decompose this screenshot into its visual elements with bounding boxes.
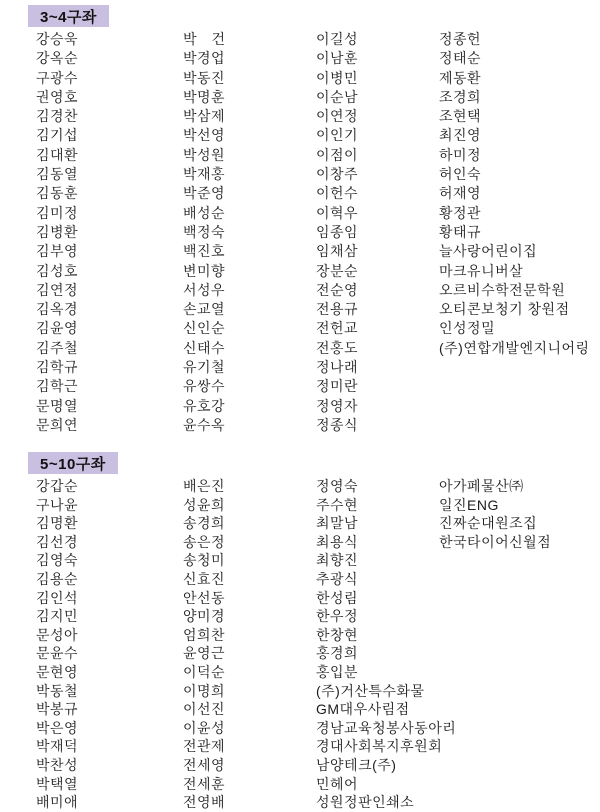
name-list-item: 김선경	[36, 533, 181, 552]
section-5-10-name-column-2: 배은진성윤희송경희송은정송청미신효진안선동양미경엄희찬윤영근이덕순이명희이선진이…	[183, 477, 313, 812]
name-list-item: 성원정판인쇄소	[316, 793, 476, 812]
name-list-item: 오티콘보청기 창원점	[439, 300, 599, 319]
name-list-item: 강승욱	[36, 30, 181, 49]
name-list-item: 남양테크(주)	[316, 756, 476, 775]
name-list-item: 일진ENG	[439, 496, 599, 515]
name-list-item: 한우정	[316, 607, 476, 626]
name-list-item: 경남교육청봉사동아리	[316, 719, 476, 738]
name-list-item: 전관제	[183, 737, 313, 756]
section-5-10-name-column-4: 아가페물산㈜일진ENG진짜순대원조집한국타이어신월점	[439, 477, 599, 551]
name-list-item: 정태순	[439, 49, 599, 68]
name-list-item: 김병환	[36, 223, 181, 242]
name-list-item: 허재영	[439, 184, 599, 203]
name-list-item: 백진호	[183, 242, 313, 261]
name-list-item: 김윤영	[36, 319, 181, 338]
name-list-item: 문명열	[36, 397, 181, 416]
name-list-item: 김성호	[36, 262, 181, 281]
section-3-4-accounts-header: 3~4구좌	[28, 5, 109, 27]
name-list-item: 조현택	[439, 107, 599, 126]
name-list-item: 엄희찬	[183, 626, 313, 645]
name-list-item: 박동철	[36, 682, 181, 701]
name-list-item: 박찬성	[36, 756, 181, 775]
name-list-item: 아가페물산㈜	[439, 477, 599, 496]
name-list-item: 경대사회복지후원회	[316, 737, 476, 756]
name-list-item: 김연정	[36, 281, 181, 300]
name-list-item: 마크유니버살	[439, 262, 599, 281]
name-list-item: 송청미	[183, 551, 313, 570]
name-list-item: 문현영	[36, 663, 181, 682]
name-list-item: 김주철	[36, 339, 181, 358]
name-list-item: 한창현	[316, 626, 476, 645]
name-list-item: 오르비수학전문학원	[439, 281, 599, 300]
name-list-item: 박택열	[36, 775, 181, 794]
name-list-item: 송경희	[183, 514, 313, 533]
section-3-4-name-column-4: 정종헌정태순제동환조경희조현택최진영하미정허인숙허재영황정관황태규늘사랑어린이집…	[439, 30, 599, 358]
name-list-item: 박삼제	[183, 107, 313, 126]
name-list-item: 백정숙	[183, 223, 313, 242]
section-5-10-name-column-1: 강갑순구나윤김명환김선경김영숙김용순김인석김지민문성아문윤수문현영박동철박봉규박…	[36, 477, 181, 812]
name-list-item: 김경찬	[36, 107, 181, 126]
name-list-item: 신효진	[183, 570, 313, 589]
name-list-item: 배미애	[36, 793, 181, 812]
name-list-item: 문성아	[36, 626, 181, 645]
name-list-item: 박선영	[183, 126, 313, 145]
section-3-4-name-column-1: 강승욱강옥순구광수권영호김경찬김기섭김대환김동열김동훈김미정김병환김부영김성호김…	[36, 30, 181, 435]
name-list-item: 김미정	[36, 204, 181, 223]
name-list-item: 구광수	[36, 69, 181, 88]
name-list-item: 김용순	[36, 570, 181, 589]
name-list-item: 황정관	[439, 204, 599, 223]
name-list-item: 진짜순대원조집	[439, 514, 599, 533]
donor-list-page: 3~4구좌 강승욱강옥순구광수권영호김경찬김기섭김대환김동열김동훈김미정김병환김…	[0, 0, 600, 812]
name-list-item: 윤영근	[183, 644, 313, 663]
name-list-item: 박경업	[183, 49, 313, 68]
name-list-item: 김명환	[36, 514, 181, 533]
name-list-item: 김학근	[36, 377, 181, 396]
name-list-item: 김학규	[36, 358, 181, 377]
name-list-item: 정종헌	[439, 30, 599, 49]
name-list-item: 이선진	[183, 700, 313, 719]
name-list-item: 홍경희	[316, 644, 476, 663]
name-list-item: 민헤어	[316, 775, 476, 794]
name-list-item: 김옥경	[36, 300, 181, 319]
name-list-item: 하미정	[439, 146, 599, 165]
name-list-item: 늘사랑어린이집	[439, 242, 599, 261]
name-list-item: 신태수	[183, 339, 313, 358]
name-list-item: 박동진	[183, 69, 313, 88]
name-list-item: 허인숙	[439, 165, 599, 184]
name-list-item: 정나래	[316, 358, 476, 377]
name-list-item: 강갑순	[36, 477, 181, 496]
name-list-item: 정종식	[316, 416, 476, 435]
name-list-item: 유호강	[183, 397, 313, 416]
name-list-item: 홍입분	[316, 663, 476, 682]
name-list-item: 신인순	[183, 319, 313, 338]
name-list-item: 김동열	[36, 165, 181, 184]
name-list-item: 최향진	[316, 551, 476, 570]
name-list-item: 제동환	[439, 69, 599, 88]
name-list-item: GM대우사림점	[316, 700, 476, 719]
name-list-item: (주)연합개발엔지니어링	[439, 339, 599, 358]
name-list-item: 인성정밀	[439, 319, 599, 338]
name-list-item: 정미란	[316, 377, 476, 396]
name-list-item: 이덕순	[183, 663, 313, 682]
name-list-item: 조경희	[439, 88, 599, 107]
name-list-item: 김대환	[36, 146, 181, 165]
name-list-item: 이윤성	[183, 719, 313, 738]
name-list-item: 안선동	[183, 589, 313, 608]
name-list-item: 전세영	[183, 756, 313, 775]
name-list-item: 김인석	[36, 589, 181, 608]
name-list-item: 전영배	[183, 793, 313, 812]
name-list-item: 김부영	[36, 242, 181, 261]
name-list-item: 배은진	[183, 477, 313, 496]
name-list-item: 유기철	[183, 358, 313, 377]
name-list-item: 송은정	[183, 533, 313, 552]
name-list-item: 유쌍수	[183, 377, 313, 396]
name-list-item: 박봉규	[36, 700, 181, 719]
name-list-item: 문윤수	[36, 644, 181, 663]
name-list-item: 한성림	[316, 589, 476, 608]
name-list-item: 박재홍	[183, 165, 313, 184]
section-3-4-name-column-2: 박 건박경업박동진박명훈박삼제박선영박성원박재홍박준영배성순백정숙백진호변미향서…	[183, 30, 313, 435]
name-list-item: 김동훈	[36, 184, 181, 203]
name-list-item: 윤수옥	[183, 416, 313, 435]
section-5-10-accounts-header: 5~10구좌	[28, 452, 118, 474]
name-list-item: 이명희	[183, 682, 313, 701]
name-list-item: 박재덕	[36, 737, 181, 756]
name-list-item: 전세훈	[183, 775, 313, 794]
name-list-item: 김기섭	[36, 126, 181, 145]
name-list-item: 김지민	[36, 607, 181, 626]
name-list-item: 서성우	[183, 281, 313, 300]
name-list-item: 문희연	[36, 416, 181, 435]
name-list-item: 배성순	[183, 204, 313, 223]
name-list-item: 박 건	[183, 30, 313, 49]
name-list-item: 최진영	[439, 126, 599, 145]
name-list-item: 한국타이어신월점	[439, 533, 599, 552]
name-list-item: 변미향	[183, 262, 313, 281]
name-list-item: 박준영	[183, 184, 313, 203]
name-list-item: 박성원	[183, 146, 313, 165]
name-list-item: 성윤희	[183, 496, 313, 515]
name-list-item: 정영자	[316, 397, 476, 416]
name-list-item: 박은영	[36, 719, 181, 738]
name-list-item: 박명훈	[183, 88, 313, 107]
name-list-item: 김영숙	[36, 551, 181, 570]
name-list-item: 양미경	[183, 607, 313, 626]
name-list-item: (주)거산특수화물	[316, 682, 476, 701]
name-list-item: 구나윤	[36, 496, 181, 515]
name-list-item: 황태규	[439, 223, 599, 242]
name-list-item: 추광식	[316, 570, 476, 589]
name-list-item: 권영호	[36, 88, 181, 107]
name-list-item: 손교열	[183, 300, 313, 319]
name-list-item: 강옥순	[36, 49, 181, 68]
